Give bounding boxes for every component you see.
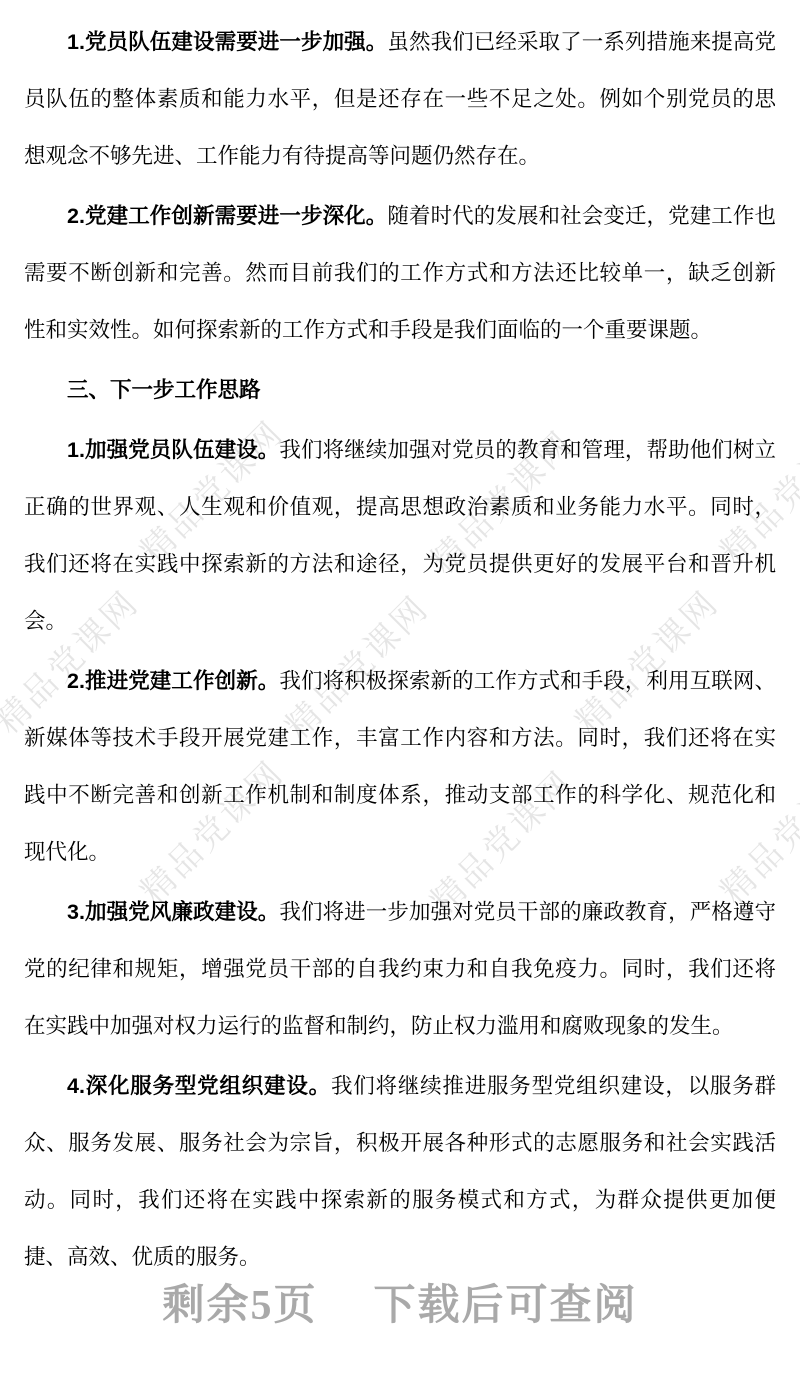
paragraph-lead: 3.加强党风廉政建设。 xyxy=(67,900,279,924)
paragraph-text: 我们将继续推进服务型党组织建设，以服务群众、服务发展、服务社会为宗旨，积极开展各… xyxy=(24,1074,776,1269)
paragraph-lead: 2.党建工作创新需要进一步深化。 xyxy=(67,204,387,228)
paragraph: 2.推进党建工作创新。我们将积极探索新的工作方式和手段，利用互联网、新媒体等技术… xyxy=(24,653,776,881)
paragraph-text: 我们将继续加强对党员的教育和管理，帮助他们树立正确的世界观、人生观和价值观，提高… xyxy=(24,438,776,633)
footer-notice: 剩余5页 下载后可查阅 xyxy=(0,1272,800,1332)
document-body: 1.党员队伍建设需要进一步加强。虽然我们已经采取了一系列措施来提高党员队伍的整体… xyxy=(24,14,776,1289)
paragraph: 2.党建工作创新需要进一步深化。随着时代的发展和社会变迁，党建工作也需要不断创新… xyxy=(24,188,776,359)
document-page: 精品党课网精品党课网精品党课网精品党课网精品党课网精品党课网精品党课网精品党课网… xyxy=(0,0,800,1384)
paragraph: 3.加强党风廉政建设。我们将进一步加强对党员干部的廉政教育，严格遵守党的纪律和规… xyxy=(24,884,776,1055)
download-hint-label: 下载后可查阅 xyxy=(374,1272,638,1332)
remaining-pages-label: 剩余5页 xyxy=(162,1272,317,1332)
paragraph: 三、下一步工作思路 xyxy=(24,362,776,419)
paragraph: 4.深化服务型党组织建设。我们将继续推进服务型党组织建设，以服务群众、服务发展、… xyxy=(24,1058,776,1286)
paragraph: 1.加强党员队伍建设。我们将继续加强对党员的教育和管理，帮助他们树立正确的世界观… xyxy=(24,422,776,650)
paragraph-lead: 1.党员队伍建设需要进一步加强。 xyxy=(67,30,387,54)
paragraph-text: 我们将积极探索新的工作方式和手段，利用互联网、新媒体等技术手段开展党建工作，丰富… xyxy=(24,669,776,864)
paragraph-lead: 4.深化服务型党组织建设。 xyxy=(67,1074,331,1098)
paragraph: 1.党员队伍建设需要进一步加强。虽然我们已经采取了一系列措施来提高党员队伍的整体… xyxy=(24,14,776,185)
paragraph-lead: 三、下一步工作思路 xyxy=(67,378,261,402)
paragraph-lead: 2.推进党建工作创新。 xyxy=(67,669,279,693)
paragraph-lead: 1.加强党员队伍建设。 xyxy=(67,438,279,462)
